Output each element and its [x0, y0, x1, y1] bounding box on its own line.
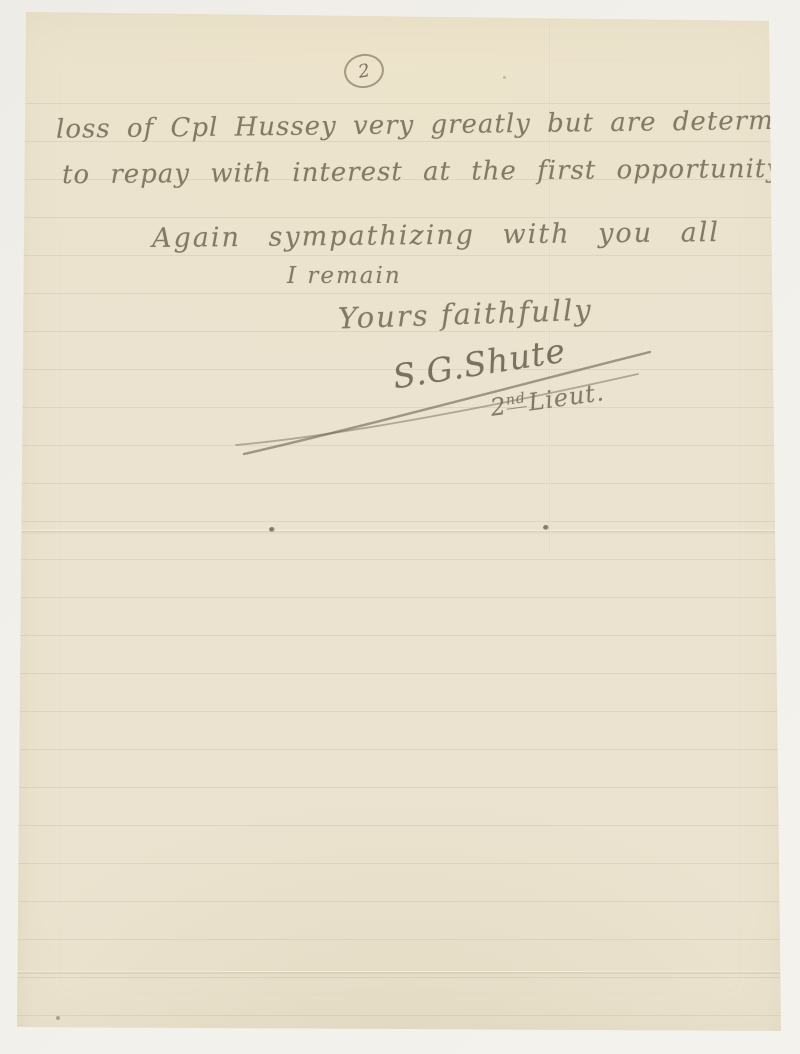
handwritten-line: to repay with interest at the first oppo…: [62, 154, 788, 190]
handwritten-line: Again sympathizing with you all: [152, 217, 720, 254]
letter-paper: 2 loss of Cpl Hussey very greatly but ar…: [0, 0, 800, 1054]
scanned-letter-photo: 2 loss of Cpl Hussey very greatly but ar…: [0, 0, 800, 1054]
page-number: 2: [357, 60, 372, 83]
rank-ordinal: nd: [505, 390, 527, 410]
handwritten-line: I remain: [287, 263, 402, 289]
